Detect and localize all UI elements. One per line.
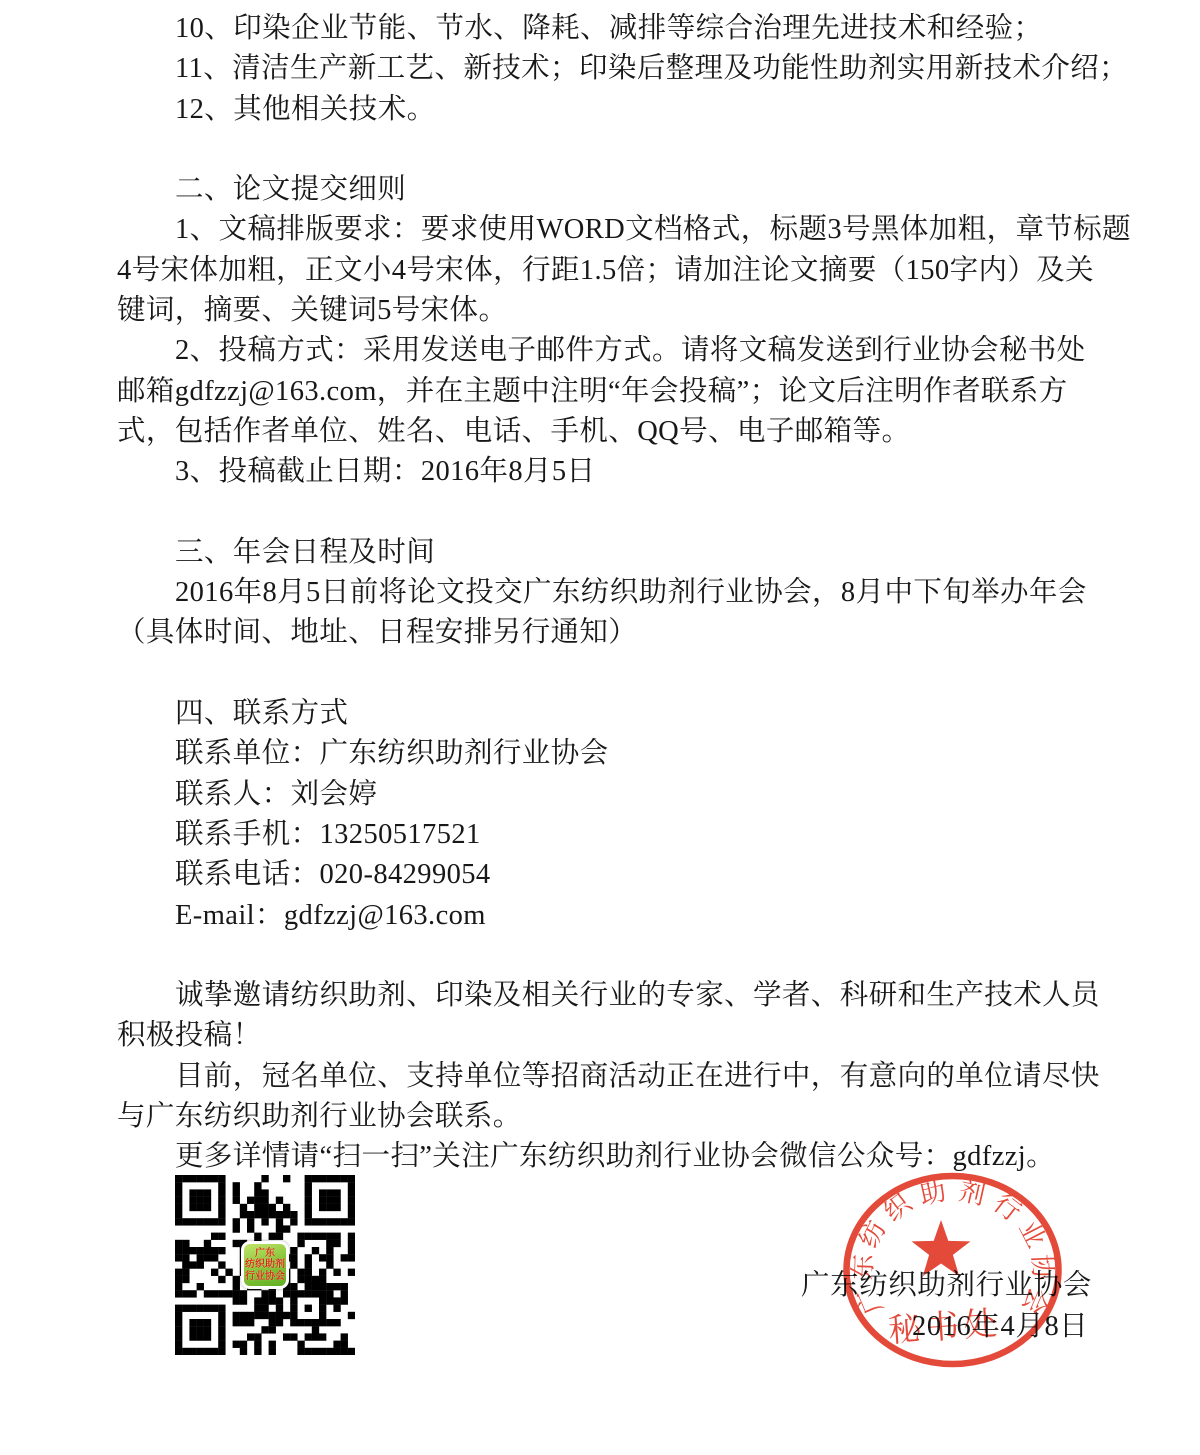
- blank-line: [117, 936, 1092, 976]
- blank-line: [117, 130, 1092, 170]
- text-line: 10、印染企业节能、节水、降耗、减排等综合治理先进技术和经验；: [117, 9, 1092, 49]
- svg-text:助: 助: [917, 1176, 949, 1210]
- text-line: （具体时间、地址、日程安排另行通知）: [117, 613, 1092, 653]
- text-line: 4号宋体加粗，正文小4号宋体，行距1.5倍；请加注论文摘要（150字内）及关: [117, 251, 1092, 291]
- text-line: 诚挚邀请纺织助剂、印染及相关行业的专家、学者、科研和生产技术人员: [117, 976, 1092, 1016]
- text-line: 目前，冠名单位、支持单位等招商活动正在进行中，有意向的单位请尽快: [117, 1057, 1092, 1097]
- blank-line: [117, 493, 1092, 533]
- qr-logo-text: 行业协会: [245, 1271, 285, 1283]
- text-line: 11、清洁生产新工艺、新技术；印染后整理及功能性助剂实用新技术介绍；: [117, 49, 1092, 89]
- text-line: 联系电话：020-84299054: [117, 855, 1092, 895]
- text-line: 与广东纺织助剂行业协会联系。: [117, 1097, 1092, 1137]
- blank-line: [117, 654, 1092, 694]
- text-line: 邮箱gdfzzj@163.com，并在主题中注明“年会投稿”；论文后注明作者联系…: [117, 372, 1092, 412]
- svg-text:织: 织: [879, 1188, 918, 1227]
- svg-text:东: 东: [848, 1254, 878, 1281]
- text-line: E-mail：gdfzzj@163.com: [117, 896, 1092, 936]
- qr-logo: 广东 纺织助剂 行业协会: [241, 1241, 289, 1289]
- text-line: 联系人：刘会婷: [117, 775, 1092, 815]
- text-line: 联系单位：广东纺织助剂行业协会: [117, 734, 1092, 774]
- qr-code: 广东 纺织助剂 行业协会: [175, 1175, 355, 1355]
- association-seal: 广东纺织助剂行业协会 秘书处: [840, 1168, 1064, 1372]
- qr-logo-text: 广东: [255, 1248, 275, 1260]
- text-line: 二、论文提交细则: [117, 170, 1092, 210]
- text-line: 2、投稿方式：采用发送电子邮件方式。请将文稿发送到行业协会秘书处: [117, 331, 1092, 371]
- text-line: 积极投稿！: [117, 1016, 1092, 1056]
- text-line: 1、文稿排版要求：要求使用WORD文档格式，标题3号黑体加粗，章节标题: [117, 210, 1092, 250]
- document-body: 10、印染企业节能、节水、降耗、减排等综合治理先进技术和经验；11、清洁生产新工…: [117, 9, 1092, 1178]
- text-line: 12、其他相关技术。: [117, 90, 1092, 130]
- page: { "page": { "background": "#ffffff" }, "…: [0, 0, 1200, 1455]
- qr-logo-text: 纺织助剂: [245, 1259, 285, 1271]
- svg-text:协: 协: [1027, 1254, 1057, 1282]
- text-line: 四、联系方式: [117, 694, 1092, 734]
- text-line: 三、年会日程及时间: [117, 533, 1092, 573]
- text-line: 3、投稿截止日期：2016年8月5日: [117, 452, 1092, 492]
- seal-star-icon: [912, 1220, 971, 1276]
- seal-bottom-text: 秘书处: [887, 1305, 1003, 1350]
- text-line: 联系手机：13250517521: [117, 815, 1092, 855]
- text-line: 2016年8月5日前将论文投交广东纺织助剂行业协会，8月中下旬举办年会: [117, 573, 1092, 613]
- text-line: 键词，摘要、关键词5号宋体。: [117, 291, 1092, 331]
- svg-text:剂: 剂: [956, 1176, 988, 1210]
- text-line: 式，包括作者单位、姓名、电话、手机、QQ号、电子邮箱等。: [117, 412, 1092, 452]
